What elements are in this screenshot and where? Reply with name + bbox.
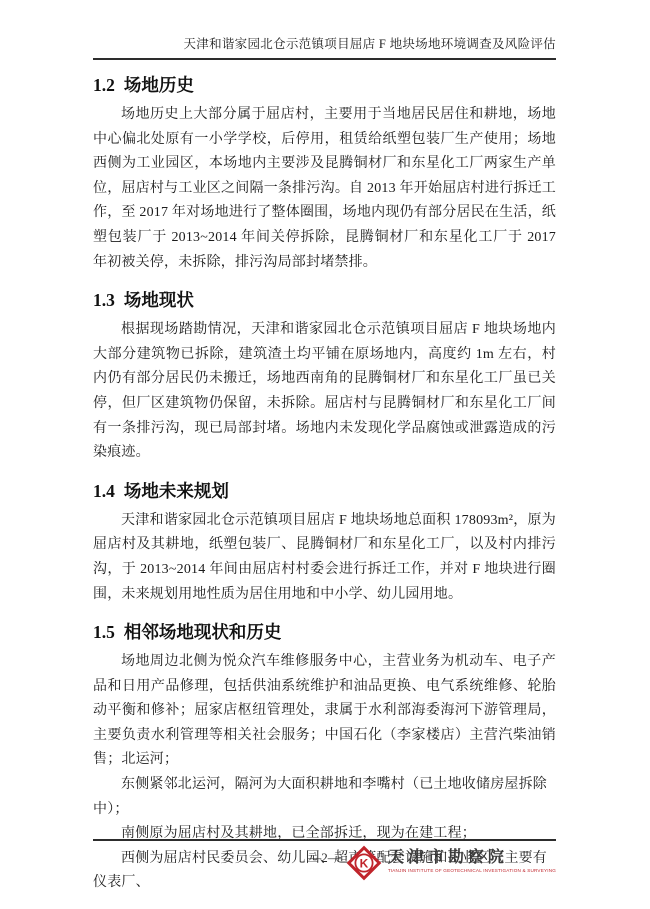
section-heading-1-5: 1.5相邻场地现状和历史 — [93, 620, 556, 644]
logo-name: 天津市勘察院 — [388, 849, 556, 867]
running-header-title: 天津和谐家园北仓示范镇项目屈店 F 地块场地环境调查及风险评估 — [93, 36, 556, 53]
section-number: 1.5 — [93, 622, 115, 642]
svg-text:K: K — [359, 856, 368, 870]
logo-subtext: TIANJIN INSTITUTE OF GEOTECHNICAL INVEST… — [388, 867, 556, 874]
section-title: 场地历史 — [124, 75, 194, 95]
section-title: 相邻场地现状和历史 — [124, 622, 282, 642]
paragraph-future-planning: 天津和谐家园北仓示范镇项目屈店 F 地块场地总面积 178093m²，原为屈店村… — [93, 509, 556, 607]
section-number: 1.3 — [93, 290, 115, 310]
section-heading-1-3: 1.3场地现状 — [93, 288, 556, 312]
paragraph-site-current-status: 根据现场踏勘情况，天津和谐家园北仓示范镇项目屈店 F 地块场地内大部分建筑物已拆… — [93, 318, 556, 466]
section-heading-1-2: 1.2场地历史 — [93, 73, 556, 97]
page-header: 天津和谐家园北仓示范镇项目屈店 F 地块场地环境调查及风险评估 — [93, 36, 556, 60]
section-number: 1.4 — [93, 481, 115, 501]
section-title: 场地现状 — [124, 290, 194, 310]
footer-row: —2— K 天津市勘察院 TIANJIN INSTITUTE OF GEOTEC… — [93, 841, 556, 895]
organization-logo: K 天津市勘察院 TIANJIN INSTITUTE OF GEOTECHNIC… — [346, 845, 556, 881]
paragraph-adjacent-north: 场地周边北侧为悦众汽车维修服务中心，主营业务为机动车、电子产品和日用产品修理，包… — [93, 650, 556, 773]
tigis-diamond-k-icon: K — [346, 845, 382, 881]
document-page: 天津和谐家园北仓示范镇项目屈店 F 地块场地环境调查及风险评估 1.2场地历史 … — [0, 0, 650, 909]
page-footer: —2— K 天津市勘察院 TIANJIN INSTITUTE OF GEOTEC… — [93, 839, 556, 895]
section-heading-1-4: 1.4场地未来规划 — [93, 479, 556, 503]
section-title: 场地未来规划 — [124, 481, 229, 501]
header-rule — [93, 58, 556, 60]
section-number: 1.2 — [93, 75, 115, 95]
logo-text-block: 天津市勘察院 TIANJIN INSTITUTE OF GEOTECHNICAL… — [388, 845, 556, 874]
paragraph-adjacent-east: 东侧紧邻北运河，隔河为大面积耕地和李嘴村（已土地收储房屋拆除中）； — [93, 773, 556, 822]
paragraph-site-history: 场地历史上大部分属于屈店村，主要用于当地居民居住和耕地，场地中心偏北处原有一小学… — [93, 103, 556, 275]
